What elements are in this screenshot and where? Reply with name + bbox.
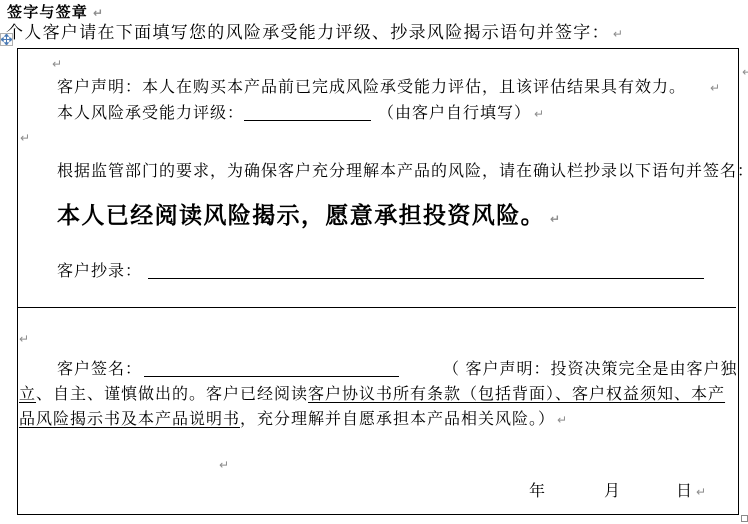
paragraph-mark: ↵ bbox=[219, 458, 229, 472]
note-plain-text: 、自主、谨慎做出的。客户已经阅读 bbox=[36, 386, 308, 403]
note-underlined-docs-a: 客户协议书所有条款（包括背面）、客户权益须知、本产 bbox=[308, 386, 725, 403]
signature-line: 客户签名：（ 客户声明：投资决策完全是由客户独 bbox=[57, 359, 737, 380]
signature-note-part1: （ 客户声明：投资决策完全是由客户独 bbox=[443, 361, 737, 378]
date-month-label: 月 bbox=[604, 483, 621, 500]
paragraph-mark: ↵ bbox=[93, 6, 103, 20]
signature-note-line3: 品风险揭示书及本产品说明书，充分理解并自愿承担本产品相关风险。）↵ bbox=[19, 410, 567, 430]
date-year-label: 年 bbox=[529, 483, 546, 500]
instruction-line: 根据监管部门的要求，为确保客户充分理解本产品的风险，请在确认栏抄录以下语句并签名… bbox=[57, 162, 748, 182]
transcribe-blank-field-row2[interactable] bbox=[18, 307, 736, 308]
date-line: 年月日↵ bbox=[529, 482, 706, 502]
end-of-row-mark: ↵ bbox=[742, 65, 748, 79]
note-plain-tail: ，充分理解并自愿承担本产品相关风险。） bbox=[240, 411, 555, 428]
rating-label: 本人风险承受能力评级： bbox=[57, 105, 244, 122]
rating-blank-field[interactable] bbox=[244, 103, 371, 121]
empty-paragraph: ↵ bbox=[20, 128, 30, 148]
date-day-label: 日 bbox=[676, 483, 693, 500]
paragraph-mark: ↵ bbox=[19, 332, 29, 346]
table-resize-handle[interactable] bbox=[741, 515, 748, 522]
signature-blank-field[interactable] bbox=[144, 359, 399, 377]
paragraph-mark: ↵ bbox=[710, 81, 720, 95]
declaration-line: 客户声明：本人在购买本产品前已完成风险承受能力评估，且该评估结果具有效力。↵ bbox=[57, 78, 720, 98]
instruction-text: 根据监管部门的要求，为确保客户充分理解本产品的风险，请在确认栏抄录以下语句并签名… bbox=[57, 163, 748, 180]
empty-paragraph: ↵ bbox=[219, 455, 229, 475]
section-heading: 签字与签章↵ bbox=[7, 3, 103, 23]
transcribe-label: 客户抄录： bbox=[57, 263, 142, 280]
paragraph-mark: ↵ bbox=[557, 413, 567, 427]
section-heading-text: 签字与签章 bbox=[7, 4, 88, 21]
paragraph-mark: ↵ bbox=[534, 107, 544, 121]
declaration-text: 客户声明：本人在购买本产品前已完成风险承受能力评估，且该评估结果具有效力。 bbox=[57, 79, 686, 96]
empty-paragraph: ↵ bbox=[52, 54, 62, 74]
paragraph-mark: ↵ bbox=[20, 131, 30, 145]
table-move-handle[interactable] bbox=[0, 33, 13, 46]
risk-statement-line: 本人已经阅读风险揭示，愿意承担投资风险。↵ bbox=[57, 201, 560, 233]
paragraph-mark: ↵ bbox=[613, 27, 623, 41]
paragraph-mark: ↵ bbox=[696, 485, 706, 499]
end-of-row-mark-wrap: ↵ bbox=[742, 62, 748, 82]
paragraph-mark: ↵ bbox=[550, 212, 560, 226]
signature-note-line2: 立、自主、谨慎做出的。客户已经阅读客户协议书所有条款（包括背面）、客户权益须知、… bbox=[19, 385, 725, 405]
four-way-arrow-icon bbox=[1, 34, 12, 45]
paragraph-mark: ↵ bbox=[52, 57, 62, 71]
intro-text: 个人客户请在下面填写您的风险承受能力评级、抄录风险揭示语句并签字： bbox=[6, 23, 610, 42]
empty-paragraph: ↵ bbox=[19, 329, 29, 349]
rating-line: 本人风险承受能力评级：（由客户自行填写）↵ bbox=[57, 103, 544, 124]
sign-label: 客户签名： bbox=[57, 361, 142, 378]
transcribe-line: 客户抄录： bbox=[57, 261, 704, 282]
rating-hint: （由客户自行填写） bbox=[378, 105, 531, 122]
risk-statement-text: 本人已经阅读风险揭示，愿意承担投资风险。 bbox=[57, 202, 545, 228]
note-underlined-docs-b: 品风险揭示书及本产品说明书 bbox=[19, 411, 240, 428]
transcribe-blank-field[interactable] bbox=[148, 261, 704, 279]
note-underlined-li: 立 bbox=[19, 386, 36, 403]
intro-paragraph: 个人客户请在下面填写您的风险承受能力评级、抄录风险揭示语句并签字：↵ bbox=[6, 23, 623, 44]
word-document-page: 签字与签章↵ 个人客户请在下面填写您的风险承受能力评级、抄录风险揭示语句并签字：… bbox=[0, 0, 748, 524]
